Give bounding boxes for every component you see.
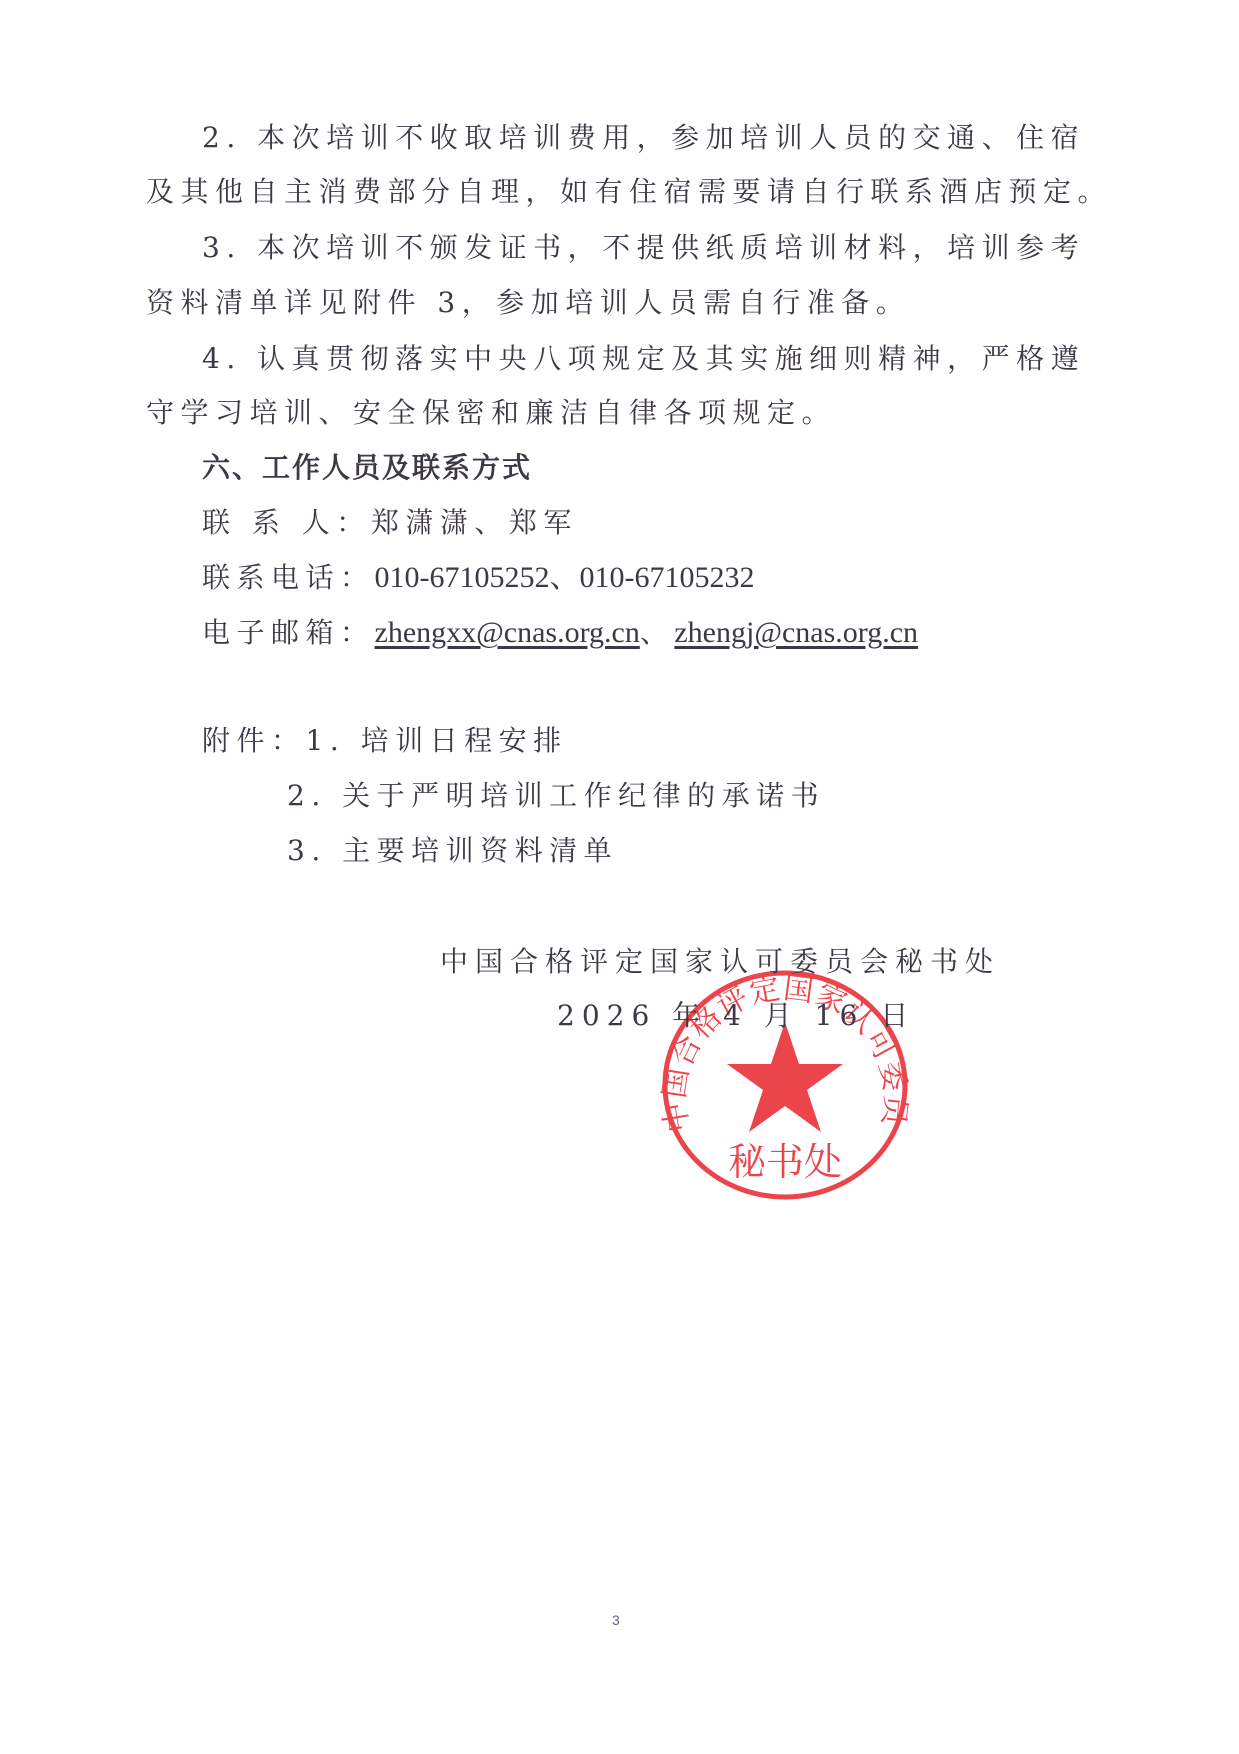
paragraph-3-line-2: 资料清单详见附件 3，参加培训人员需自行准备。: [146, 283, 910, 323]
section-heading-contacts: 六、工作人员及联系方式: [202, 448, 532, 488]
paragraph-4-line-2: 守学习培训、安全保密和廉洁自律各项规定。: [146, 393, 836, 433]
attachment-item-3: 3. 主要培训资料清单: [287, 831, 618, 871]
page-number: 3: [612, 1612, 620, 1628]
email-link-1[interactable]: zhengxx@cnas.org.cn: [375, 616, 640, 649]
contact-email-row: 电子邮箱：zhengxx@cnas.org.cn、zhengj@cnas.org…: [202, 613, 918, 653]
contact-phone-row: 联系电话：010-67105252、010-67105232: [202, 558, 755, 598]
signature-date: 2026 年 4 月 16 日: [557, 996, 915, 1036]
contact-phone-value: 010-67105252、010-67105232: [375, 561, 755, 594]
seal-ring-text: 中国合格评定国家认可委员会: [650, 960, 913, 1135]
paragraph-2-line-1: 2. 本次培训不收取培训费用，参加培训人员的交通、住宿: [202, 118, 1085, 158]
email-separator: 、: [640, 616, 675, 649]
attachment-item-2: 2. 关于严明培训工作纪律的承诺书: [287, 776, 825, 816]
attachments-row-1: 附件：1. 培训日程安排: [202, 721, 568, 761]
signature-org: 中国合格评定国家认可委员会秘书处: [440, 942, 1000, 982]
contact-person-value: 郑潇潇、郑军: [371, 506, 578, 539]
contact-person-row: 联 系 人：郑潇潇、郑军: [202, 503, 578, 543]
contact-email-label: 电子邮箱：: [202, 616, 375, 649]
paragraph-2-line-2: 及其他自主消费部分自理，如有住宿需要请自行联系酒店预定。: [146, 172, 1112, 212]
contact-phone-label: 联系电话：: [202, 561, 375, 594]
paragraph-3-line-1: 3. 本次培训不颁发证书，不提供纸质培训材料，培训参考: [202, 228, 1085, 268]
svg-text:中国合格评定国家认可委员会: 中国合格评定国家认可委员会: [650, 960, 913, 1135]
paragraph-4-line-1: 4. 认真贯彻落实中央八项规定及其实施细则精神，严格遵: [202, 339, 1085, 379]
attachment-item-1: 1. 培训日程安排: [306, 724, 568, 757]
email-link-2[interactable]: zhengj@cnas.org.cn: [674, 616, 918, 649]
seal-center-text: 秘书处: [728, 1140, 842, 1184]
attachments-label: 附件：: [202, 724, 306, 757]
contact-person-label: 联 系 人：: [202, 506, 371, 539]
